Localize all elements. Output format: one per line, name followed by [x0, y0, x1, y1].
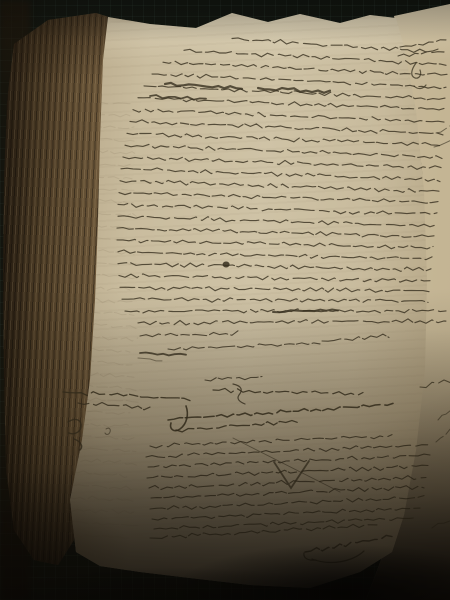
open-book-photo [0, 0, 450, 600]
